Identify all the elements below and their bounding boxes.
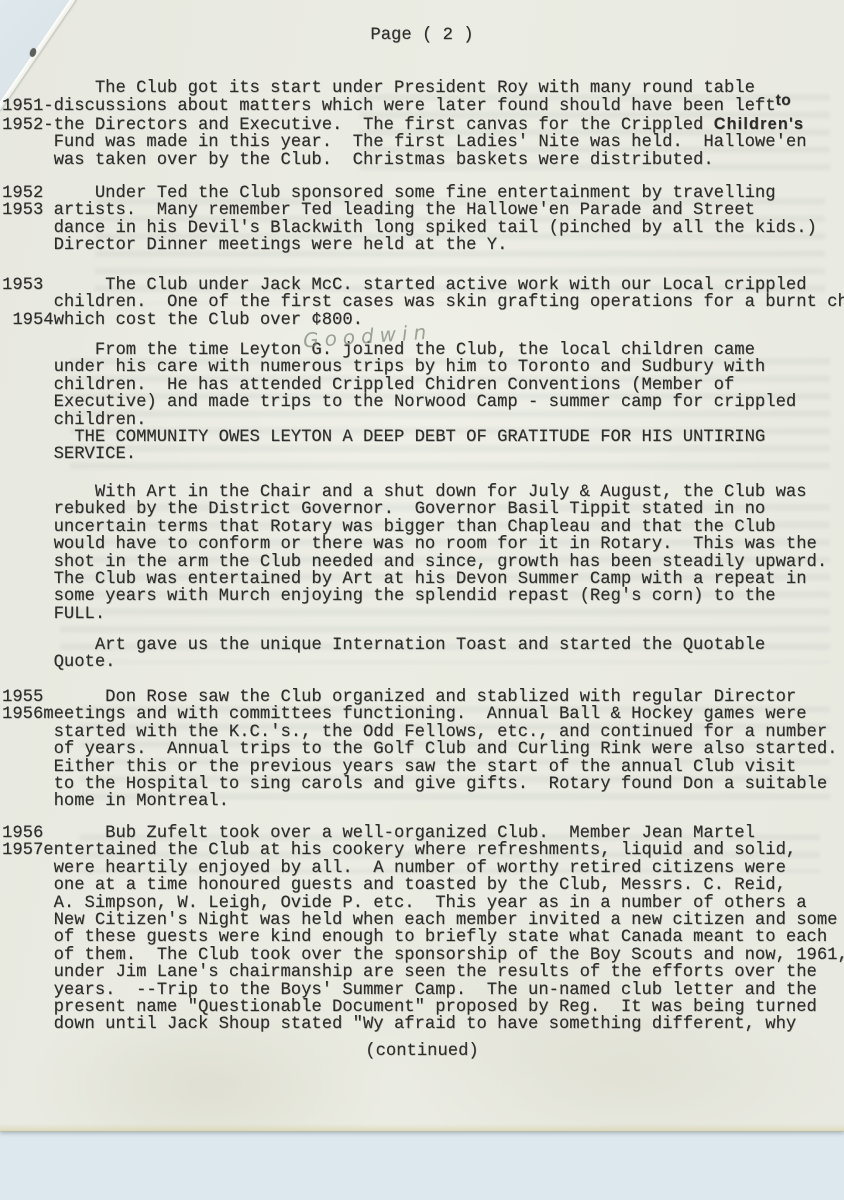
typewritten-line: one at a time honoured guests and toaste…: [2, 877, 844, 894]
typewritten-line: 1951-discussions about matters which wer…: [2, 97, 807, 115]
typewritten-line: of them. The Club took over the sponsors…: [2, 947, 844, 964]
typewritten-text: The Club got its start under President R…: [0, 0, 844, 1131]
typewritten-line: 1956 Bub Zufelt took over a well-organiz…: [2, 825, 844, 842]
typewritten-line: 1952-the Directors and Executive. The fi…: [2, 116, 807, 134]
typewritten-line: The Club was entertained by Art at his D…: [2, 571, 827, 588]
typewritten-line: Director Dinner meetings were held at th…: [2, 237, 817, 254]
paragraph: The Club got its start under President R…: [2, 80, 807, 169]
typewritten-line: SERVICE.: [2, 446, 796, 463]
typewritten-line: to the Hospital to sing carols and give …: [2, 776, 837, 793]
line-text: 1951-discussions about matters which wer…: [2, 97, 776, 116]
typewritten-line: New Citizen's Night was held when each m…: [2, 912, 844, 929]
typewritten-line: of years. Annual trips to the Golf Club …: [2, 741, 837, 758]
typewritten-line: of these guests were kind enough to brie…: [2, 929, 844, 946]
typewritten-line: shot in the arm the Club needed and sinc…: [2, 554, 827, 571]
typewritten-line: 1953 The Club under Jack McC. started ac…: [2, 277, 844, 294]
typewritten-line: was taken over by the Club. Christmas ba…: [2, 152, 807, 169]
typewritten-line: under Jim Lane's chairmanship are seen t…: [2, 964, 844, 981]
typewritten-line: down until Jack Shoup stated "Wy afraid …: [2, 1016, 844, 1033]
typewritten-line: Art gave us the unique Internation Toast…: [2, 637, 765, 654]
line-text: 1952-the Directors and Executive. The fi…: [2, 116, 714, 135]
typewritten-line: home in Montreal.: [2, 793, 837, 810]
typewritten-line: Fund was made in this year. The first La…: [2, 134, 807, 151]
typewritten-line: under his care with numerous trips by hi…: [2, 359, 796, 376]
typewritten-line: 1956meetings and with committees functio…: [2, 706, 837, 723]
typewritten-line: FULL.: [2, 606, 827, 623]
typewritten-line: started with the K.C.'s., the Odd Fellow…: [2, 724, 837, 741]
typewritten-line: 1957entertained the Club at his cookery …: [2, 842, 844, 859]
paragraph: 1956 Bub Zufelt took over a well-organiz…: [2, 825, 844, 1034]
typewritten-line: 1952 Under Ted the Club sponsored some f…: [2, 185, 817, 202]
typewritten-line: A. Simpson, W. Leigh, Ovide P. etc. This…: [2, 895, 844, 912]
typewritten-line: would have to conform or there was no ro…: [2, 536, 827, 553]
overtyped-word-childrens: Children's: [714, 115, 805, 133]
typewritten-line: some years with Murch enjoying the splen…: [2, 588, 827, 605]
paragraph: From the time Leyton G. joined the Club,…: [2, 342, 796, 464]
typewritten-line: years. --Trip to the Boys' Summer Camp. …: [2, 982, 844, 999]
typewritten-line: Executive) and made trips to the Norwood…: [2, 394, 796, 411]
paragraph: 1955 Don Rose saw the Club organized and…: [2, 689, 837, 811]
typewritten-line: children.: [2, 412, 796, 429]
paragraph: With Art in the Chair and a shut down fo…: [2, 484, 827, 623]
typewritten-line: 1953 artists. Many remember Ted leading …: [2, 202, 817, 219]
typewritten-line: present name "Questionable Document" pro…: [2, 999, 844, 1016]
typewritten-line: rebuked by the District Governor. Govern…: [2, 501, 827, 518]
typewritten-line: Quote.: [2, 654, 765, 671]
typewritten-line: children. He has attended Crippled Chidr…: [2, 377, 796, 394]
typewritten-line: Either this or the previous years saw th…: [2, 759, 837, 776]
typewritten-line: were heartily enjoyed by all. A number o…: [2, 860, 844, 877]
inserted-word-to: to: [776, 92, 792, 109]
typewritten-line: children. One of the first cases was ski…: [2, 294, 844, 311]
continued-footer: (continued): [0, 1042, 844, 1061]
paragraph: 1952 Under Ted the Club sponsored some f…: [2, 185, 817, 255]
typewritten-line: uncertain terms that Rotary was bigger t…: [2, 519, 827, 536]
paragraph: Art gave us the unique Internation Toast…: [2, 637, 765, 672]
typewritten-line: With Art in the Chair and a shut down fo…: [2, 484, 827, 501]
scanned-document: Page ( 2 ) The Club got its start under …: [0, 0, 844, 1200]
typewritten-line: The Club got its start under President R…: [2, 80, 807, 97]
typewritten-line: dance in his Devil's Blackwith long spik…: [2, 220, 817, 237]
typewritten-line: 1955 Don Rose saw the Club organized and…: [2, 689, 837, 706]
typewritten-line: THE COMMUNITY OWES LEYTON A DEEP DEBT OF…: [2, 429, 796, 446]
